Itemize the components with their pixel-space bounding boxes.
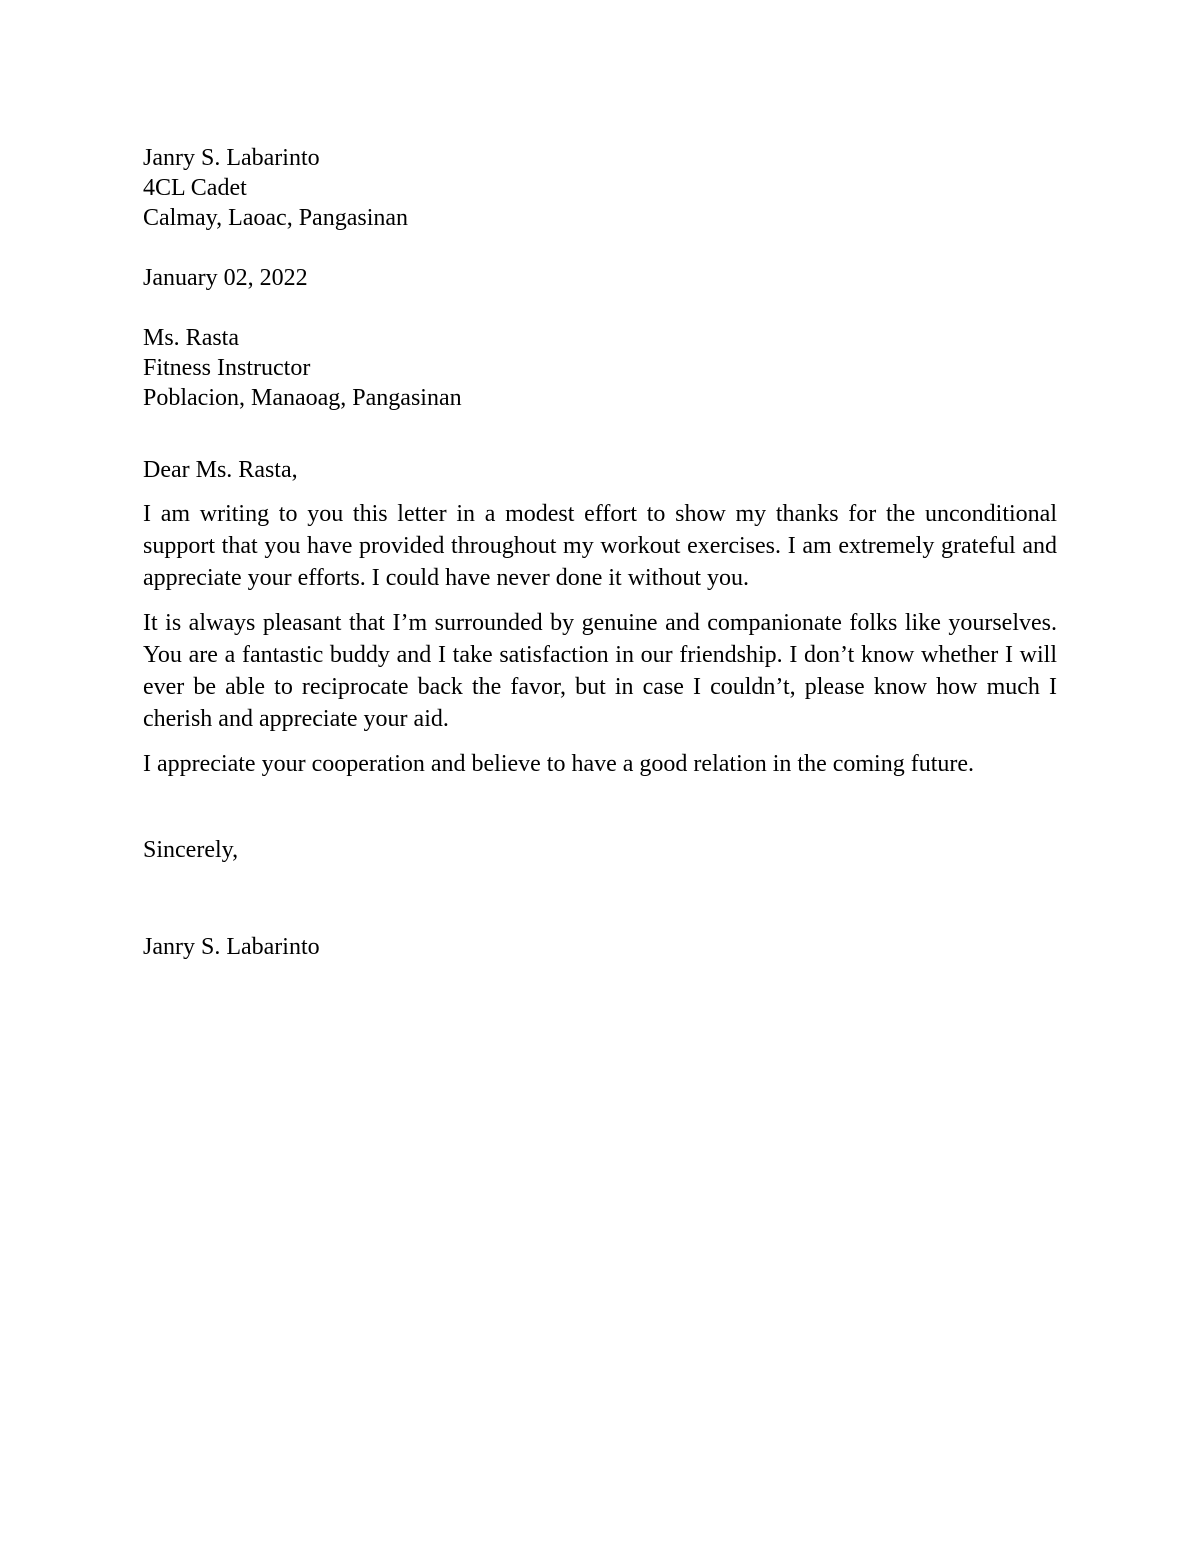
body-paragraph: I appreciate your cooperation and believ…	[143, 748, 1057, 780]
letter-date: January 02, 2022	[143, 263, 1057, 293]
sender-name: Janry S. Labarinto	[143, 143, 1057, 173]
recipient-address: Poblacion, Manaoag, Pangasinan	[143, 383, 1057, 413]
recipient-name: Ms. Rasta	[143, 323, 1057, 353]
recipient-title: Fitness Instructor	[143, 353, 1057, 383]
body-paragraph: I am writing to you this letter in a mod…	[143, 498, 1057, 594]
recipient-block: Ms. Rasta Fitness Instructor Poblacion, …	[143, 323, 1057, 413]
signature-name: Janry S. Labarinto	[143, 932, 1057, 962]
sender-address: Calmay, Laoac, Pangasinan	[143, 203, 1057, 233]
sender-block: Janry S. Labarinto 4CL Cadet Calmay, Lao…	[143, 143, 1057, 233]
body-paragraph: It is always pleasant that I’m surrounde…	[143, 607, 1057, 735]
letter-page: Janry S. Labarinto 4CL Cadet Calmay, Lao…	[0, 0, 1200, 1553]
letter-body: I am writing to you this letter in a mod…	[143, 498, 1057, 780]
sender-title: 4CL Cadet	[143, 173, 1057, 203]
salutation: Dear Ms. Rasta,	[143, 455, 1057, 485]
closing: Sincerely,	[143, 835, 1057, 865]
